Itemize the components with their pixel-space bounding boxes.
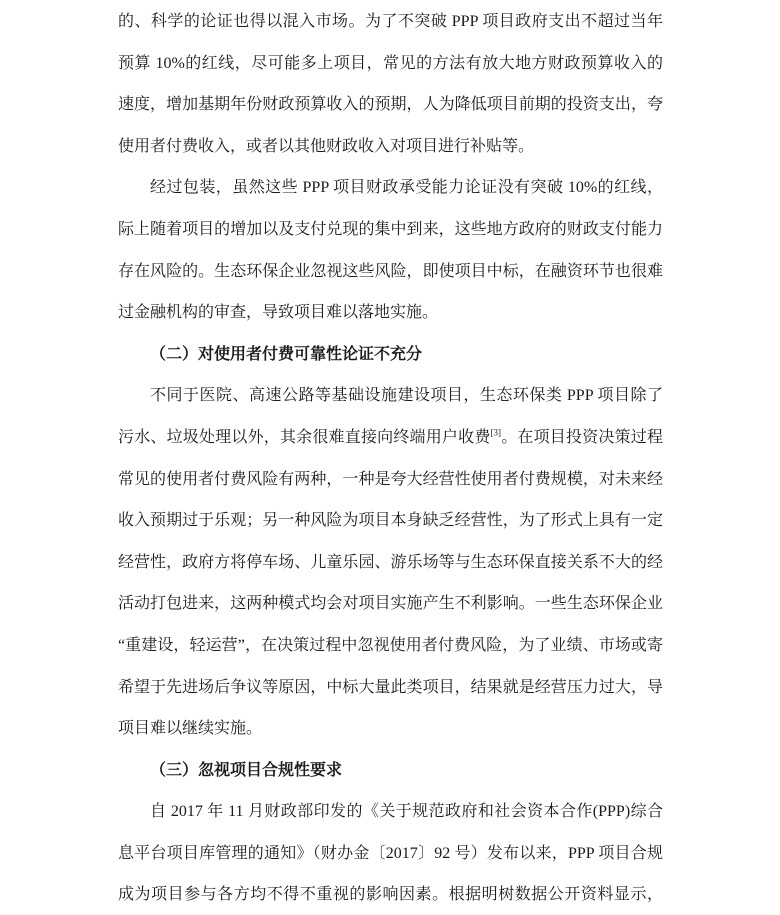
- document-content: 的、科学的论证也得以混入市场。为了不突破 PPP 项目政府支出不超过当年财政预算…: [118, 1, 663, 915]
- text-line: 污水、垃圾处理以外，其余很难直接向终端用户收费[3]。在项目投资决策过程中，: [118, 417, 663, 459]
- heading-section-3-compliance: （三）忽视项目合规性要求: [118, 750, 663, 792]
- text-line: 预算 10%的红线，尽可能多上项目，常见的方法有放大地方财政预算收入的增长: [118, 43, 663, 85]
- paragraph-compliance-notice: 自 2017 年 11 月财政部印发的《关于规范政府和社会资本合作(PPP)综合…: [118, 791, 663, 915]
- text-line: 希望于先进场后争议等原因，中标大量此类项目，结果就是经营压力过大，导致: [118, 667, 663, 709]
- paragraph-fiscal-redline-packaging: 的、科学的论证也得以混入市场。为了不突破 PPP 项目政府支出不超过当年财政预算…: [118, 1, 663, 167]
- heading-section-2-user-pay-reliability: （二）对使用者付费可靠性论证不充分: [118, 334, 663, 376]
- paragraph-fiscal-payment-risk: 经过包装，虽然这些 PPP 项目财政承受能力论证没有突破 10%的红线，但实际上…: [118, 167, 663, 333]
- document-page: 的、科学的论证也得以混入市场。为了不突破 PPP 项目政府支出不超过当年财政预算…: [0, 0, 780, 915]
- text-line: 常见的使用者付费风险有两种，一种是夸大经营性使用者付费规模，对未来经营: [118, 459, 663, 501]
- paragraph-user-pay-risk: 不同于医院、高速公路等基础设施建设项目，生态环保类 PPP 项目除了部分污水、垃…: [118, 375, 663, 749]
- text-line: 息平台项目库管理的通知》（财办金〔2017〕92 号）发布以来，PPP 项目合规…: [118, 833, 663, 875]
- text-line: 不同于医院、高速公路等基础设施建设项目，生态环保类 PPP 项目除了部分: [118, 375, 663, 417]
- text-line: 自 2017 年 11 月财政部印发的《关于规范政府和社会资本合作(PPP)综合…: [118, 791, 663, 833]
- text-line: “重建设，轻运营”，在决策过程中忽视使用者付费风险，为了业绩、市场或寄: [118, 625, 663, 667]
- text-line: 项目难以继续实施。: [118, 708, 663, 750]
- text-line: 活动打包进来，这两种模式均会对项目实施产生不利影响。一些生态环保企业: [118, 583, 663, 625]
- footnote-ref: [3]: [491, 428, 502, 438]
- text-line: 使用者付费收入，或者以其他财政收入对项目进行补贴等。: [118, 126, 663, 168]
- heading-line: （二）对使用者付费可靠性论证不充分: [118, 334, 663, 376]
- text-line: 经过包装，虽然这些 PPP 项目财政承受能力论证没有突破 10%的红线，但实: [118, 167, 663, 209]
- text-line: 收入预期过于乐观；另一种风险为项目本身缺乏经营性，为了形式上具有一定的: [118, 500, 663, 542]
- text-line: 际上随着项目的增加以及支付兑现的集中到来，这些地方政府的财政支付能力是: [118, 209, 663, 251]
- text-line: 成为项目参与各方均不得不重视的影响因素。根据明树数据公开资料显示，2017: [118, 874, 663, 915]
- text-line: 过金融机构的审查，导致项目难以落地实施。: [118, 292, 663, 334]
- text-line: 存在风险的。生态环保企业忽视这些风险，即使项目中标，在融资环节也很难通: [118, 251, 663, 293]
- text-line: 经营性，政府方将停车场、儿童乐园、游乐场等与生态环保直接关系不大的经营: [118, 542, 663, 584]
- heading-line: （三）忽视项目合规性要求: [118, 750, 663, 792]
- text-line: 的、科学的论证也得以混入市场。为了不突破 PPP 项目政府支出不超过当年财政: [118, 1, 663, 43]
- text-line: 速度，增加基期年份财政预算收入的预期，人为降低项目前期的投资支出，夸大: [118, 84, 663, 126]
